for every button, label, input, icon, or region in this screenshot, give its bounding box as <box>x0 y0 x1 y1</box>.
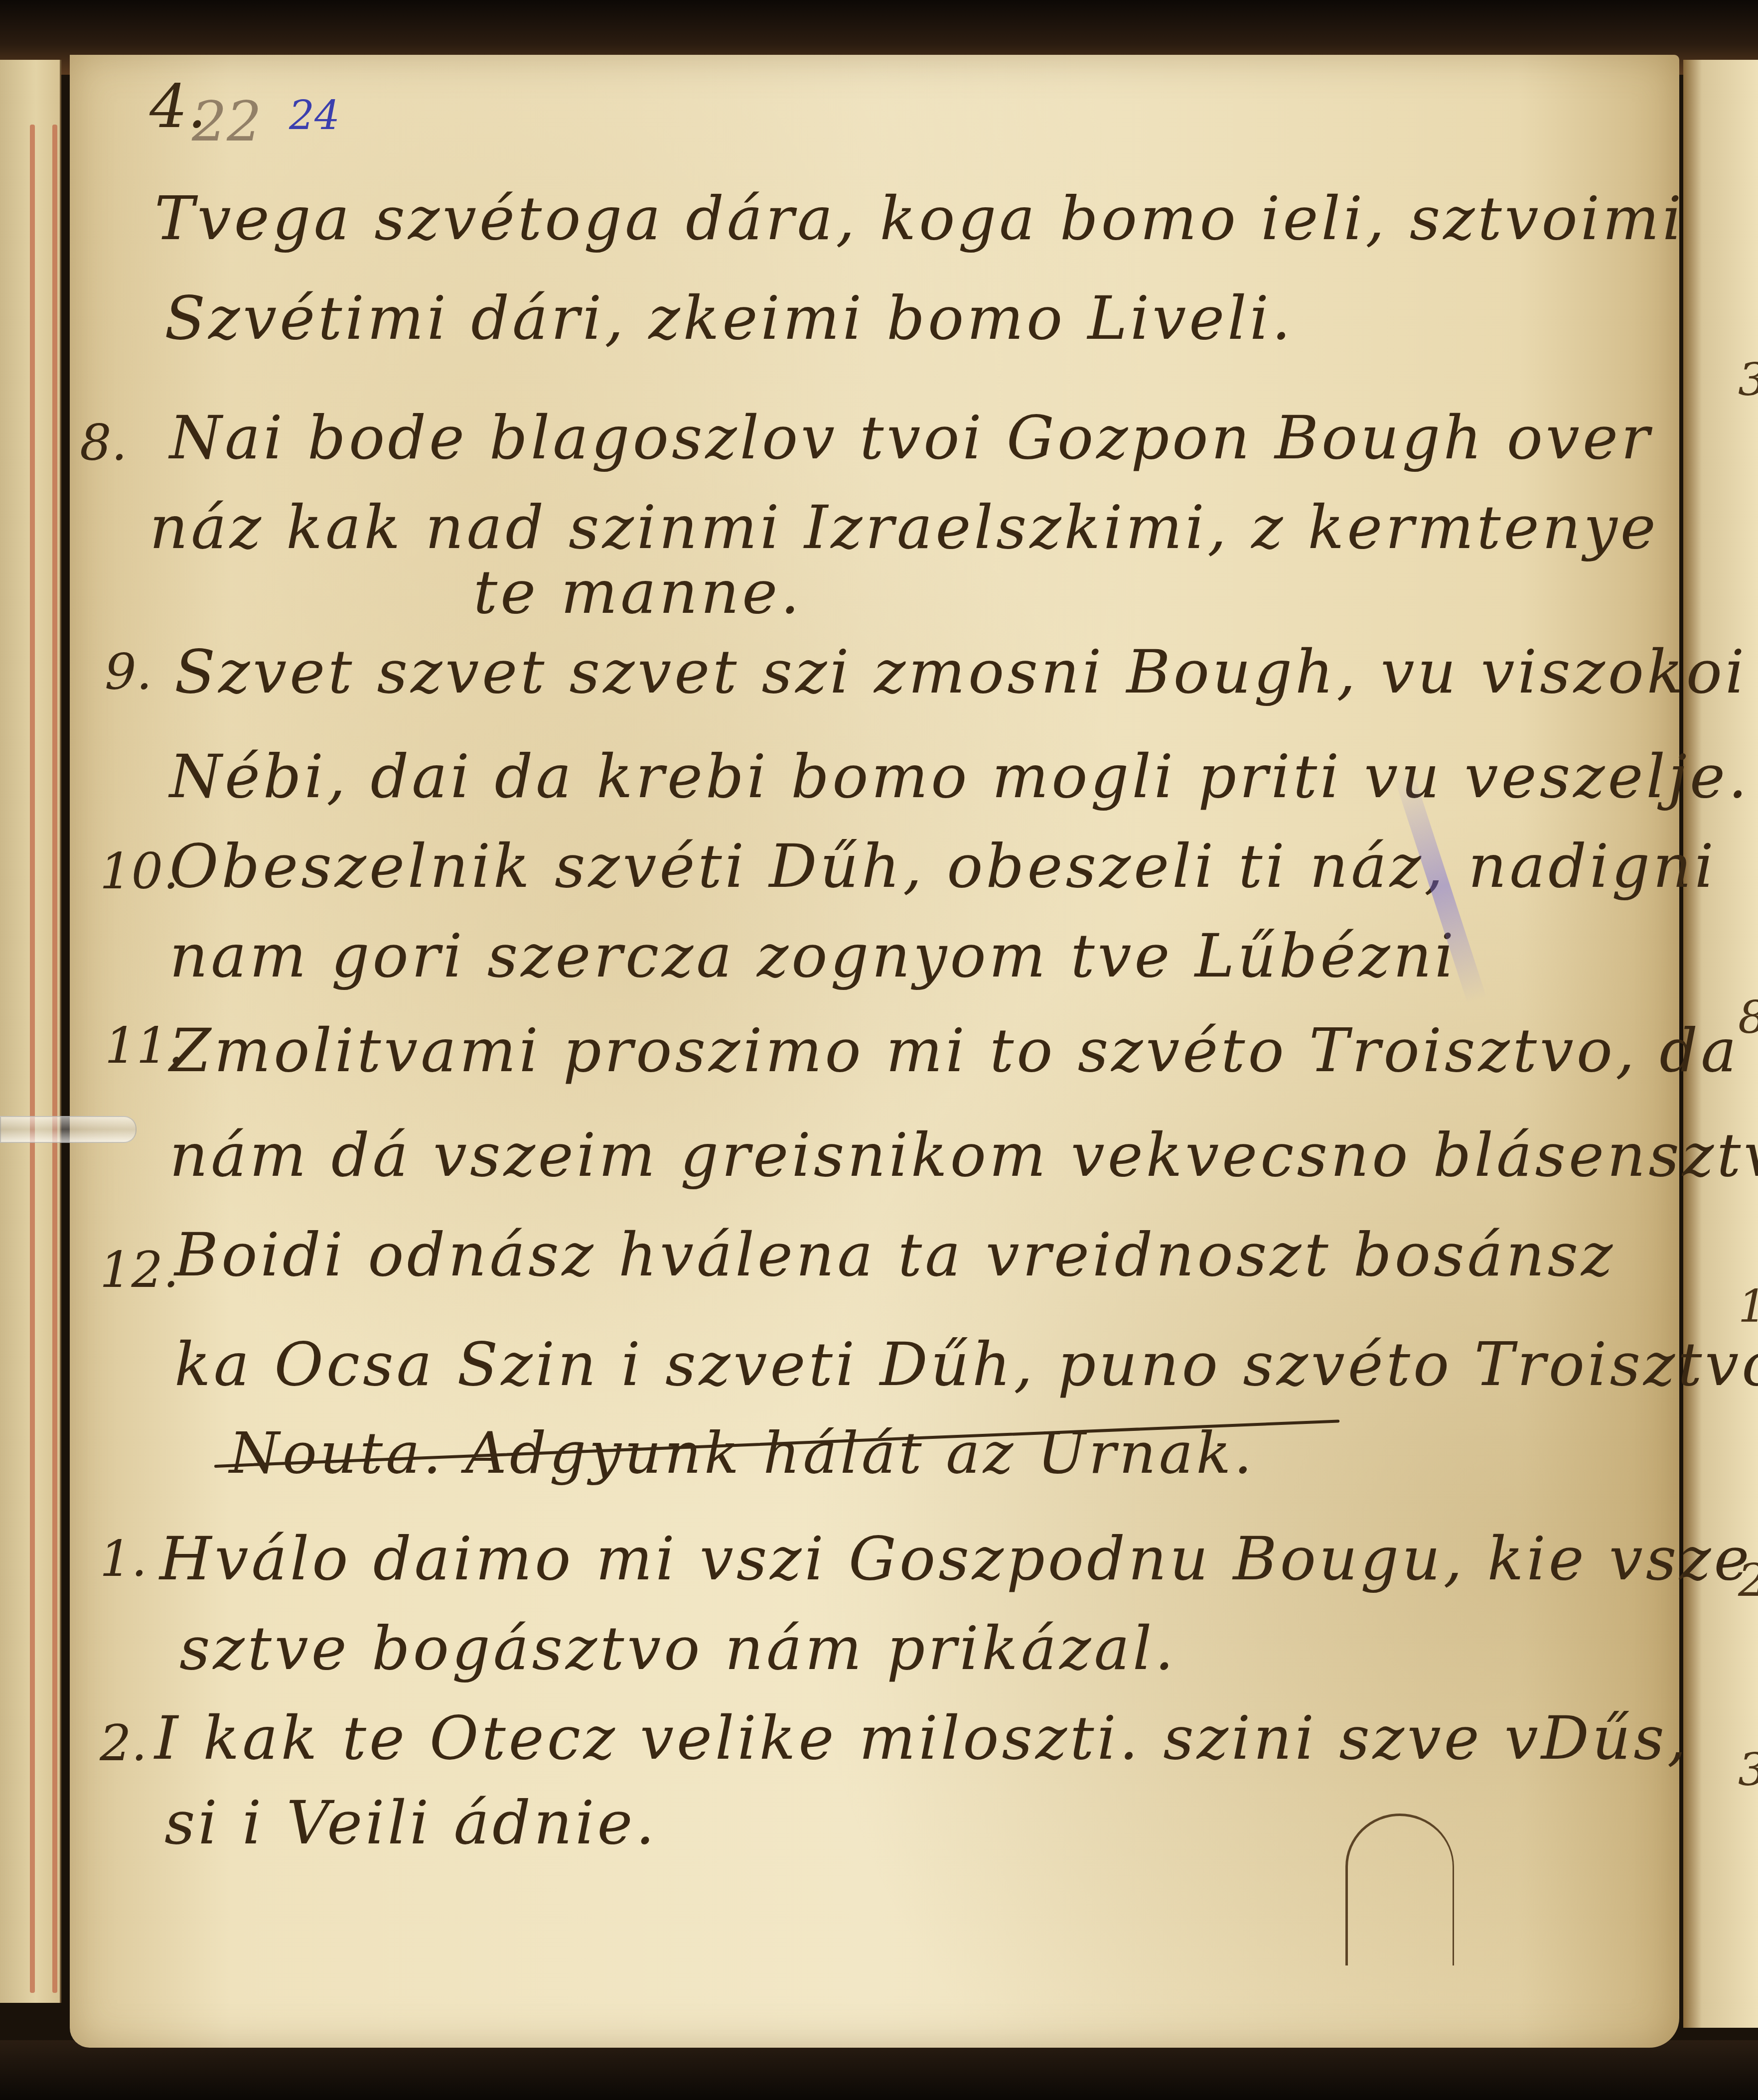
manuscript-line: sztve bogásztvo nám prikázal. <box>179 1614 1176 1683</box>
manuscript-line: Szvétimi dári, zkeimi bomo Liveli. <box>164 284 1294 353</box>
gilt-edge-line <box>30 125 35 1993</box>
verse-number: 9. <box>105 643 152 701</box>
next-page-mark: 3 <box>1738 354 1758 406</box>
next-page-mark: 8 <box>1738 991 1758 1044</box>
manuscript-line: náz kak nad szinmi Izraelszkimi, z kermt… <box>149 493 1659 562</box>
manuscript-line: ka Ocsa Szin i szveti Dűh, puno szvéto T… <box>174 1330 1758 1400</box>
folio-pencil-number: 22 <box>192 90 262 153</box>
verse-number: 8. <box>80 414 127 472</box>
manuscript-line: Hválo daimo mi vszi Goszpodnu Bougu, kie… <box>159 1525 1753 1594</box>
manuscript-line: Nai bode blagoszlov tvoi Gozpon Bough ov… <box>169 404 1652 473</box>
manuscript-line: si i Veili ádnie. <box>164 1789 658 1858</box>
verse-number: 2. <box>100 1714 147 1772</box>
manuscript-line: nám dá vszeim greisnikom vekvecsno bláse… <box>169 1121 1758 1190</box>
folio-blue-number: 24 <box>289 92 340 139</box>
glass-page-holder <box>0 1116 137 1143</box>
pen-flourish <box>1345 1814 1454 1965</box>
next-page-mark: 3 <box>1738 1744 1758 1796</box>
gilt-edge-line <box>52 125 57 1993</box>
book-binding-bottom <box>0 2040 1758 2100</box>
manuscript-line: Tvega szvétoga dára, koga bomo ieli, szt… <box>154 184 1684 254</box>
manuscript-line: Szvet szvet szvet szi zmosni Bough, vu v… <box>174 638 1747 707</box>
verse-number: 1. <box>100 1530 147 1588</box>
manuscript-line: Zmolitvami proszimo mi to szvéto Troiszt… <box>169 1016 1740 1086</box>
manuscript-line: Boidi odnász hválena ta vreidnoszt bosán… <box>174 1221 1615 1290</box>
manuscript-line: nam gori szercza zognyom tve Lűbézni <box>169 922 1457 991</box>
manuscript-line: Nébi, dai da krebi bomo mogli priti vu v… <box>169 742 1750 812</box>
next-page-mark: 1 <box>1738 1280 1758 1333</box>
manuscript-line: I kak te Otecz velike miloszti. szini sz… <box>154 1704 1689 1773</box>
manuscript-page: 4. 22 24 Tvega szvétoga dára, koga bomo … <box>70 55 1679 2048</box>
verse-number: 10. <box>100 842 179 900</box>
manuscript-line: te manne. <box>473 558 802 627</box>
verse-number: 12. <box>100 1241 179 1299</box>
manuscript-line: Obeszelnik szvéti Dűh, obeszeli ti náz, … <box>169 832 1717 901</box>
